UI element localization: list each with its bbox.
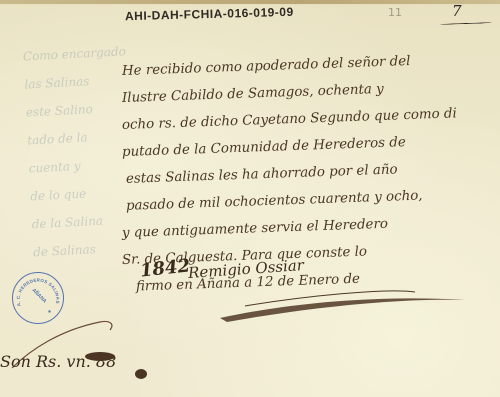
paper-top-edge xyxy=(0,0,500,4)
ink-blot-icon xyxy=(85,352,115,361)
folio-underline xyxy=(440,22,492,25)
bleed-line: Como encargado xyxy=(22,38,118,71)
bleed-line: de Salinas xyxy=(32,233,128,266)
pencil-page-number: 11 xyxy=(388,6,402,19)
document-page: Como encargado las Salinas este Salino t… xyxy=(0,0,500,397)
ink-blot-icon xyxy=(135,369,147,379)
signature-flourish-icon xyxy=(215,286,475,326)
bleed-through-text: Como encargado las Salinas este Salino t… xyxy=(22,38,129,267)
archive-reference: AHI-DAH-FCHIA-016-019-09 xyxy=(125,5,294,23)
folio-number: 7 xyxy=(452,2,462,20)
